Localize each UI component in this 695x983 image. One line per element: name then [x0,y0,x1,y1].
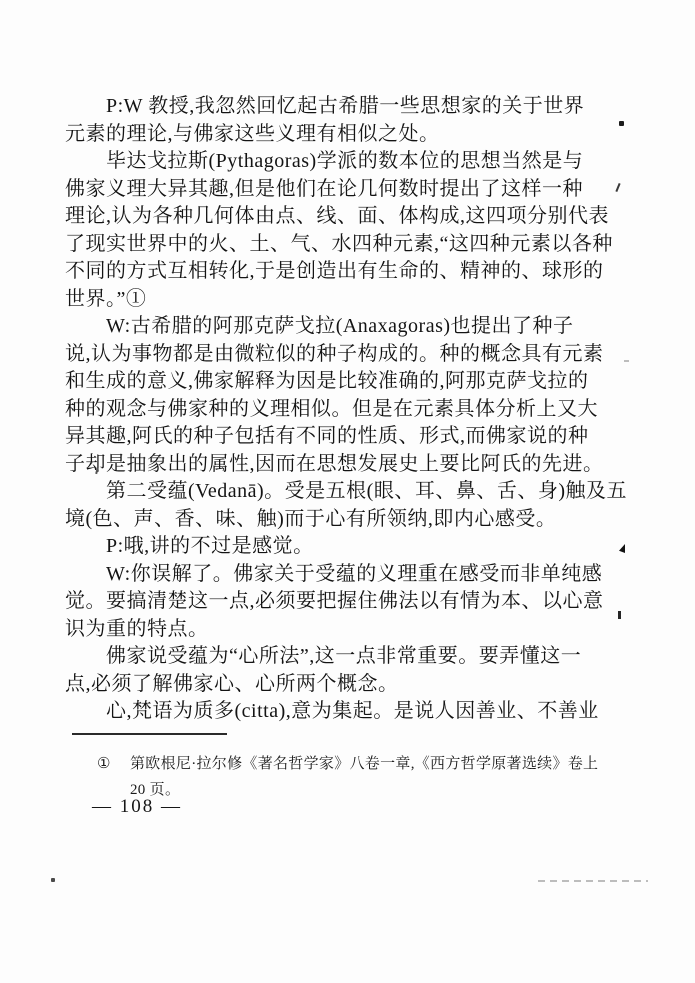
text-line: 识为重的特点。 [65,616,655,644]
text-line: 不同的方式互相转化,于是创造出有生命的、精神的、球形的 [65,258,655,286]
text-line: 世界。”① [65,286,655,314]
scan-speck [618,611,621,619]
scan-speck [51,878,55,882]
text-line: 佛家义理大异其趣,但是他们在论几何数时提出了这样一种 [65,176,655,204]
text-line: 种的观念与佛家种的义理相似。但是在元素具体分析上又大 [65,396,655,424]
text-line: 境(色、声、香、味、触)而于心有所领纳,即内心感受。 [65,506,655,534]
text-line: 点,必须了解佛家心、心所两个概念。 [65,671,655,699]
text-line: 毕达戈拉斯(Pythagoras)学派的数本位的思想当然是与 [65,148,655,176]
scan-dashes-artifact [538,880,648,882]
book-page: P:W 教授,我忽然回忆起古希腊一些思想家的关于世界元素的理论,与佛家这些义理有… [0,0,695,983]
text-line: 了现实世界中的火、土、气、水四种元素,“这四种元素以各种 [65,231,655,259]
text-line: P:W 教授,我忽然回忆起古希腊一些思想家的关于世界 [65,93,655,121]
text-line: 觉。要搞清楚这一点,必须要把握住佛法以有情为本、以心意 [65,588,655,616]
text-line: 理论,认为各种几何体由点、线、面、体构成,这四项分别代表 [65,203,655,231]
text-line: W:古希腊的阿那克萨戈拉(Anaxagoras)也提出了种子 [65,313,655,341]
footnote-line-1: ①第欧根尼·拉尔修《著名哲学家》八卷一章,《西方哲学原著选续》卷上 [97,751,637,777]
scan-speck [619,121,624,126]
footnote-separator [72,733,227,735]
footnote-marker: ① [97,751,130,777]
text-line: P:哦,讲的不过是感觉。 [65,533,655,561]
body-text: P:W 教授,我忽然回忆起古希腊一些思想家的关于世界元素的理论,与佛家这些义理有… [65,93,655,726]
text-line: 说,认为事物都是由微粒似的种子构成的。种的概念具有元素 [65,341,655,369]
text-line: 和生成的意义,佛家解释为因是比较准确的,阿那克萨戈拉的 [65,368,655,396]
footnote-citation: 第欧根尼·拉尔修《著名哲学家》八卷一章,《西方哲学原著选续》卷上 [130,756,598,772]
text-line: 心,梵语为质多(citta),意为集起。是说人因善业、不善业 [65,698,655,726]
text-line: W:你误解了。佛家关于受蕴的义理重在感受而非单纯感 [65,561,655,589]
text-line: 元素的理论,与佛家这些义理有相似之处。 [65,121,655,149]
page-number: — 108 — [92,796,182,818]
text-line: 异其趣,阿氏的种子包括有不同的性质、形式,而佛家说的种 [65,423,655,451]
text-line: 子却是抽象出的属性,因而在思想发展史上要比阿氏的先进。 [65,451,655,479]
text-line: 佛家说受蕴为“心所法”,这一点非常重要。要弄懂这一 [65,643,655,671]
scan-speck [624,360,629,362]
text-line: 第二受蕴(Vedanā)。受是五根(眼、耳、鼻、舌、身)触及五 [65,478,655,506]
footnote-page-ref: 20 页。 [130,777,637,803]
